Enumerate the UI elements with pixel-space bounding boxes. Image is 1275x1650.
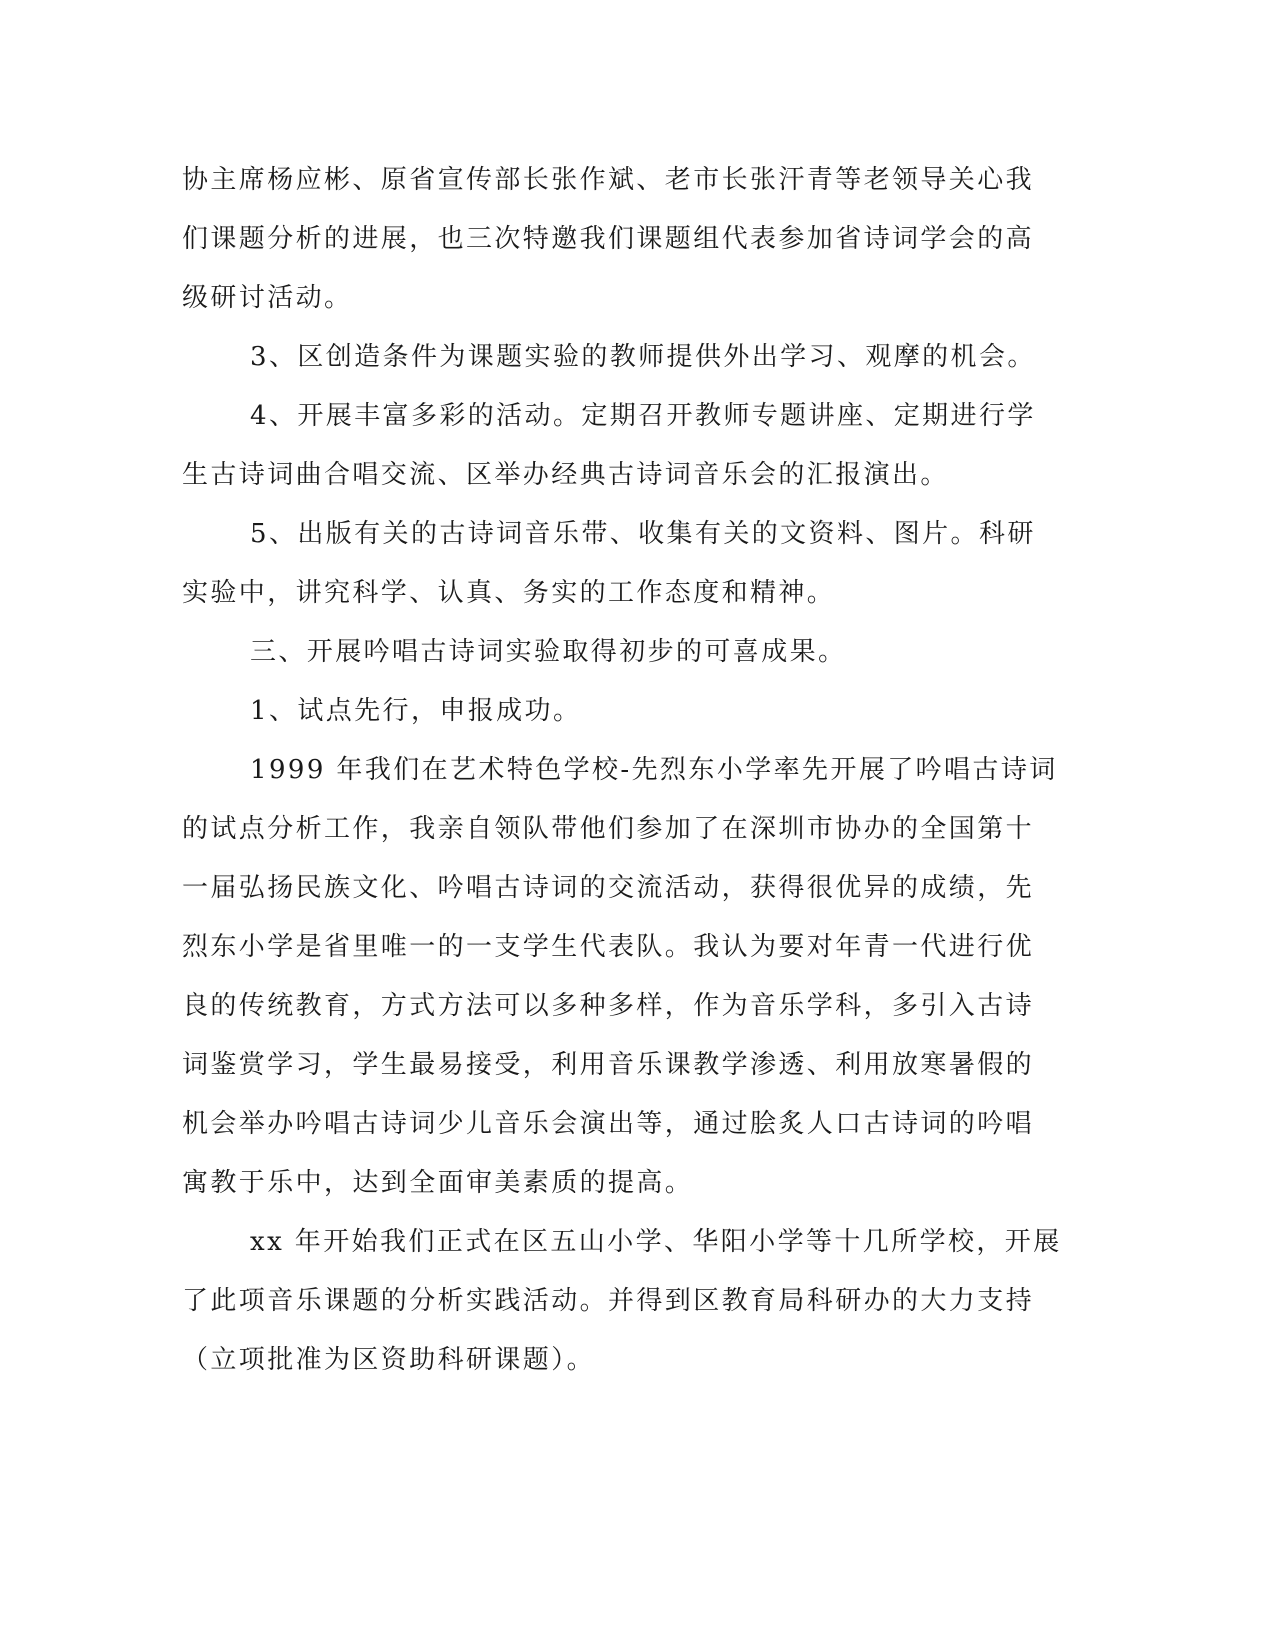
paragraph-line: 寓教于乐中，达到全面审美素质的提高。 <box>182 1163 693 1203</box>
list-item-4: 4、开展丰富多彩的活动。定期召开教师专题讲座、定期进行学 <box>250 396 1036 436</box>
list-item-3: 3、区创造条件为课题实验的教师提供外出学习、观摩的机会。 <box>250 337 1036 377</box>
paragraph-line: 们课题分析的进展，也三次特邀我们课题组代表参加省诗词学会的高 <box>182 219 1034 259</box>
subsection-heading: 1、试点先行，申报成功。 <box>250 691 581 731</box>
paragraph-line: 烈东小学是省里唯一的一支学生代表队。我认为要对年青一代进行优 <box>182 927 1034 967</box>
paragraph-line: 实验中，讲究科学、认真、务实的工作态度和精神。 <box>182 573 835 613</box>
list-item-5: 5、出版有关的古诗词音乐带、收集有关的文资料、图片。科研 <box>250 514 1036 554</box>
paragraph-line: xx 年开始我们正式在区五山小学、华阳小学等十几所学校，开展 <box>250 1222 1062 1262</box>
paragraph-line: 协主席杨应彬、原省宣传部长张作斌、老市长张汗青等老领导关心我 <box>182 160 1034 200</box>
paragraph-line: 机会举办吟唱古诗词少儿音乐会演出等，通过脍炙人口古诗词的吟唱 <box>182 1104 1034 1144</box>
paragraph-line: 词鉴赏学习，学生最易接受，利用音乐课教学渗透、利用放寒暑假的 <box>182 1045 1034 1085</box>
paragraph-line: 的试点分析工作，我亲自领队带他们参加了在深圳市协办的全国第十 <box>182 809 1034 849</box>
paragraph-line: 1999 年我们在艺术特色学校-先烈东小学率先开展了吟唱古诗词 <box>250 750 1058 790</box>
paragraph-line: 级研讨活动。 <box>182 278 352 318</box>
paragraph-line: 良的传统教育，方式方法可以多种多样，作为音乐学科，多引入古诗 <box>182 986 1034 1026</box>
paragraph-line: （立项批准为区资助科研课题）。 <box>182 1340 595 1380</box>
paragraph-line: 了此项音乐课题的分析实践活动。并得到区教育局科研办的大力支持 <box>182 1281 1034 1321</box>
section-heading: 三、开展吟唱古诗词实验取得初步的可喜成果。 <box>250 632 846 672</box>
paragraph-line: 生古诗词曲合唱交流、区举办经典古诗词音乐会的汇报演出。 <box>182 455 949 495</box>
paragraph-line: 一届弘扬民族文化、吟唱古诗词的交流活动，获得很优异的成绩，先 <box>182 868 1034 908</box>
